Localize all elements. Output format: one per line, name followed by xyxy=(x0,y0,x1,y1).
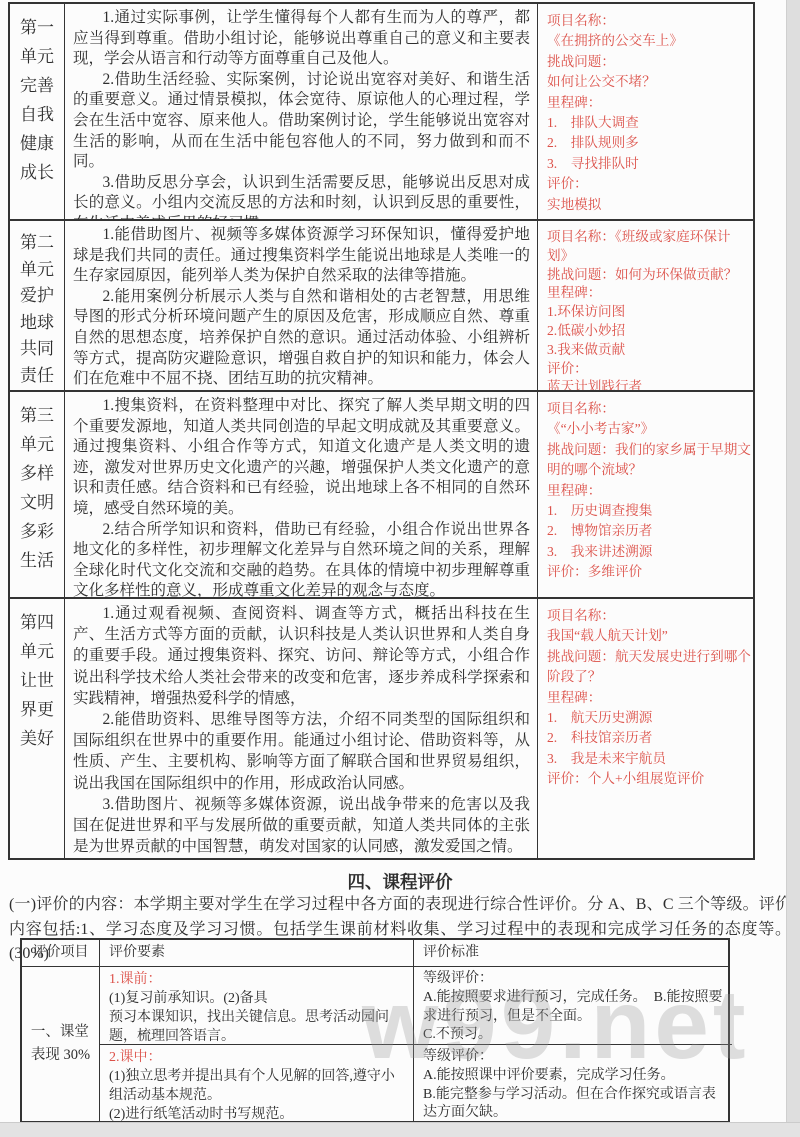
eval-subrow-during-class: 2.课中： (1)独立思考并提出具有个人见解的回答,遵守小组活动基本规范。 (2… xyxy=(100,1045,732,1121)
page-edge-bottom xyxy=(0,1122,800,1137)
unit-1-objective-paragraph: 2.借助生活经验、实际案例，讨论说出宽容对美好、和谐生活的重要意义。通过情景模拟… xyxy=(73,70,530,173)
unit-3-objectives: 1.搜集资料，在资料整理中对比、探究了解人类早期文明的四个重要发源地，知道人类共… xyxy=(65,392,538,597)
eval-element-cell: 2.课中： (1)独立思考并提出具有个人见解的回答,遵守小组活动基本规范。 (2… xyxy=(100,1045,414,1121)
eval-element-title: 1.课前： xyxy=(109,972,162,987)
eval-element-body: (1)独立思考并提出具有个人见解的回答,遵守小组活动基本规范。 (2)进行纸笔活… xyxy=(109,1067,405,1121)
header-eval-standard: 评价标准 xyxy=(414,940,732,966)
document-page: 第一 单元 完善 自我 健康 成长 1.通过实际事例，让学生懂得每个人都有生而为… xyxy=(0,0,800,1137)
unit-1-project: 项目名称： 《在拥挤的公交车上》 挑战问题： 如何让公交不堵？ 里程碑： 1. … xyxy=(538,4,753,219)
unit-row-1: 第一 单元 完善 自我 健康 成长 1.通过实际事例，让学生懂得每个人都有生而为… xyxy=(10,4,753,221)
unit-row-4: 第四 单元 让世 界更 美好 1.通过观看视频、查阅资料、调查等方式，概括出科技… xyxy=(10,599,753,858)
eval-element-cell: 1.课前： (1)复习前承知识。(2)备具 预习本课知识，找出关键信息。思考活动… xyxy=(100,967,414,1044)
header-eval-item: 评价项目 xyxy=(22,940,100,966)
unit-2-objective-paragraph: 1.能借助图片、视频等多媒体资源学习环保知识，懂得爱护地球是我们共同的责任。通过… xyxy=(73,225,530,287)
unit-4-objective-paragraph: 1.通过观看视频、查阅资料、调查等方式，概括出科技在生产、生活方式等方面的贡献，… xyxy=(73,603,530,709)
evaluation-table-body: 一、课堂 表现 30% 1.课前： (1)复习前承知识。(2)备具 预习本课知识… xyxy=(22,967,728,1121)
unit-4-objectives: 1.通过观看视频、查阅资料、调查等方式，概括出科技在生产、生活方式等方面的贡献，… xyxy=(65,599,538,858)
eval-standard-cell: 等级评价： A.能按照课中评价要素，完成学习任务。 B.能完整参与学习活动。但在… xyxy=(414,1045,732,1121)
unit-row-2: 第二 单元 爱护 地球 共同 责任 1.能借助图片、视频等多媒体资源学习环保知识… xyxy=(10,221,753,392)
header-eval-element: 评价要素 xyxy=(100,940,414,966)
page-edge-right xyxy=(786,0,800,1137)
evaluation-table: 评价项目 评价要素 评价标准 一、课堂 表现 30% 1.课前： (1)复习前承… xyxy=(20,938,730,1123)
eval-element-title: 2.课中： xyxy=(109,1050,162,1065)
unit-2-objective-paragraph: 2.能用案例分析展示人类与自然和谐相处的古老智慧，用思维导图的形式分析环境问题产… xyxy=(73,287,530,390)
unit-3-name: 第三 单元 多样 文明 多彩 生活 xyxy=(10,392,65,597)
eval-subrow-before-class: 1.课前： (1)复习前承知识。(2)备具 预习本课知识，找出关键信息。思考活动… xyxy=(100,967,732,1045)
unit-4-name: 第四 单元 让世 界更 美好 xyxy=(10,599,65,858)
unit-1-objective-paragraph: 3.借助反思分享会，认识到生活需要反思，能够说出反思对成长的意义。小组内交流反思… xyxy=(73,173,530,219)
unit-4-objective-paragraph: 3.借助图片、视频等多媒体资源，说出战争带来的危害以及我国在促进世界和平与发展所… xyxy=(73,794,530,858)
section-title: 四、课程评价 xyxy=(0,869,800,894)
unit-3-objective-paragraph: 1.搜集资料，在资料整理中对比、探究了解人类早期文明的四个重要发源地，知道人类共… xyxy=(73,396,530,520)
unit-4-project: 项目名称： 我国“载人航天计划” 挑战问题：航天发展史进行到哪个阶段了？ 里程碑… xyxy=(538,599,753,858)
eval-standard-cell: 等级评价： A.能按照要求进行预习，完成任务。 B.能按照要求进行预习，但是不全… xyxy=(414,967,732,1044)
unit-1-objectives: 1.通过实际事例，让学生懂得每个人都有生而为人的尊严，都应当得到尊重。借助小组讨… xyxy=(65,4,538,219)
unit-2-name: 第二 单元 爱护 地球 共同 责任 xyxy=(10,221,65,390)
eval-subrows: 1.课前： (1)复习前承知识。(2)备具 预习本课知识，找出关键信息。思考活动… xyxy=(100,967,732,1121)
unit-2-objectives: 1.能借助图片、视频等多媒体资源学习环保知识，懂得爱护地球是我们共同的责任。通过… xyxy=(65,221,538,390)
unit-1-name: 第一 单元 完善 自我 健康 成长 xyxy=(10,4,65,219)
unit-4-objective-paragraph: 2.能借助资料、思维导图等方法，介绍不同类型的国际组织和国际组织在世界中的重要作… xyxy=(73,709,530,794)
unit-3-objective-paragraph: 2.结合所学知识和资料，借助已有经验，小组合作说出世界各地文化的多样性，初步理解… xyxy=(73,520,530,597)
eval-row-label: 一、课堂 表现 30% xyxy=(22,967,100,1121)
unit-row-3: 第三 单元 多样 文明 多彩 生活 1.搜集资料，在资料整理中对比、探究了解人类… xyxy=(10,392,753,599)
unit-1-objective-paragraph: 1.通过实际事例，让学生懂得每个人都有生而为人的尊严，都应当得到尊重。借助小组讨… xyxy=(73,8,530,70)
unit-2-project: 项目名称：《班级或家庭环保计划》 挑战问题：如何为环保做贡献？ 里程碑： 1.环… xyxy=(538,221,753,390)
eval-element-body: (1)复习前承知识。(2)备具 预习本课知识，找出关键信息。思考活动园问题，梳理… xyxy=(109,989,405,1044)
unit-3-project: 项目名称： 《“小小考古家”》 挑战问题：我们的家乡属于早期文明的哪个流域？ 里… xyxy=(538,392,753,597)
units-table: 第一 单元 完善 自我 健康 成长 1.通过实际事例，让学生懂得每个人都有生而为… xyxy=(8,2,755,860)
evaluation-table-header: 评价项目 评价要素 评价标准 xyxy=(22,940,728,967)
